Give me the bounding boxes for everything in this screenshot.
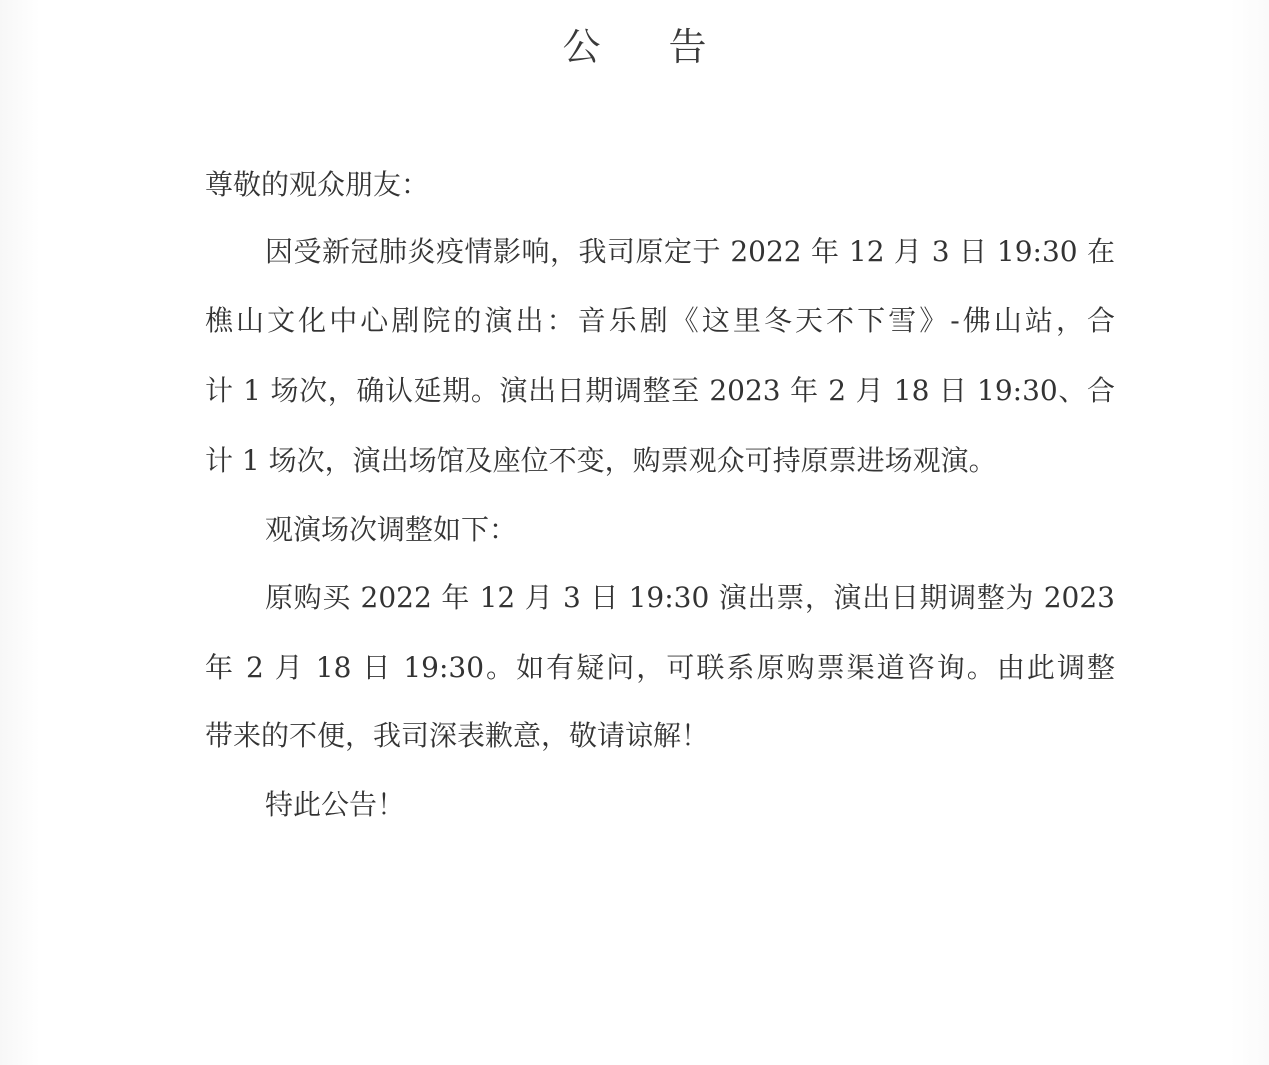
document-title: 公 告 — [0, 16, 1269, 71]
paragraph-3-line-1: 原购买 2022 年 12 月 3 日 19:30 演出票，演出日期调整为 20… — [265, 578, 1115, 618]
salutation: 尊敬的观众朋友： — [205, 165, 1115, 205]
paragraph-1-line-2: 樵山文化中心剧院的演出：音乐剧《这里冬天不下雪》-佛山站，合 — [205, 301, 1115, 341]
document-page: 公 告 尊敬的观众朋友： 因受新冠肺炎疫情影响，我司原定于 2022 年 12 … — [0, 0, 1269, 1065]
paragraph-1-line-1: 因受新冠肺炎疫情影响，我司原定于 2022 年 12 月 3 日 19:30 在 — [265, 232, 1115, 272]
schedule-heading: 观演场次调整如下： — [265, 510, 1115, 550]
paragraph-3-line-3: 带来的不便，我司深表歉意，敬请谅解！ — [205, 716, 1115, 756]
paragraph-3-line-2: 年 2 月 18 日 19:30。如有疑问，可联系原购票渠道咨询。由此调整 — [205, 648, 1115, 688]
paragraph-1-line-3: 计 1 场次，确认延期。演出日期调整至 2023 年 2 月 18 日 19:3… — [205, 371, 1115, 411]
closing-statement: 特此公告！ — [265, 785, 1115, 825]
paragraph-1-line-4: 计 1 场次，演出场馆及座位不变，购票观众可持原票进场观演。 — [205, 441, 1115, 481]
